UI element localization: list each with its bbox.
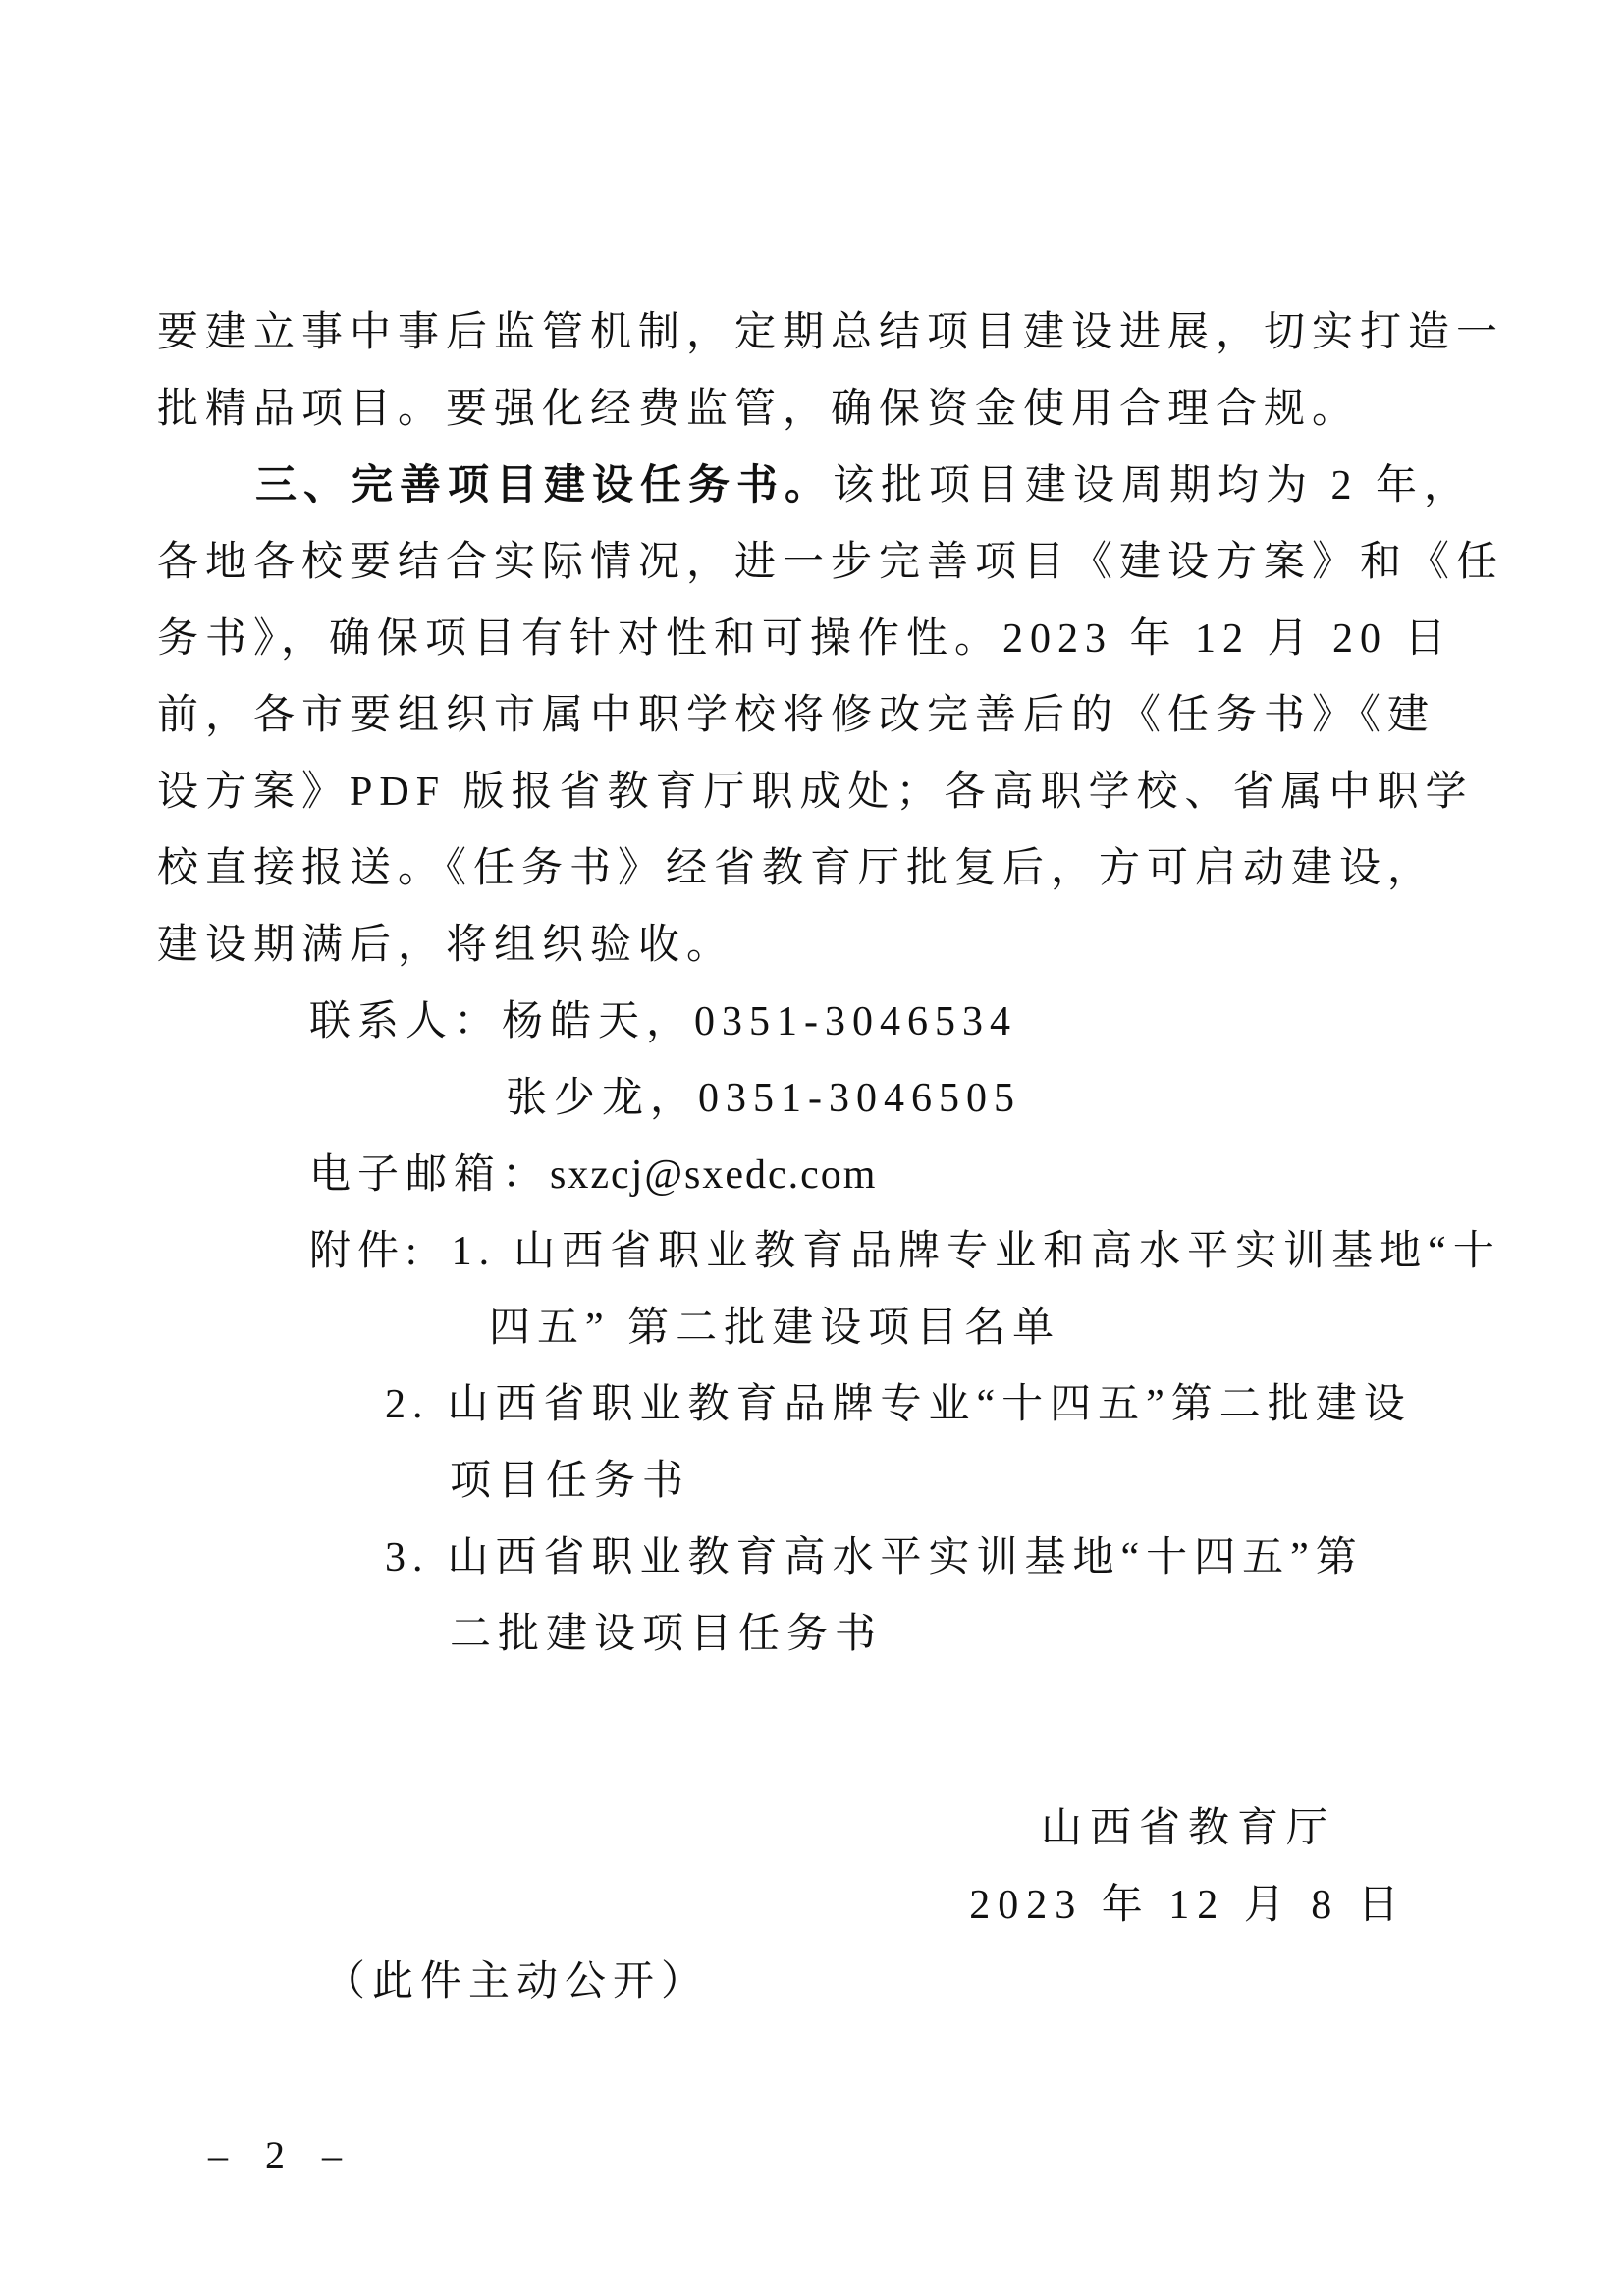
attachment-item-2-line-1: 2.山西省职业教育品牌专业“十四五”第二批建设 — [157, 1366, 1492, 1443]
section3-line-6: 校直接报送。《任务书》经省教育厅批复后，方可启动建设， — [157, 830, 1492, 907]
attachment-item-3-line-2: 二批建设项目任务书 — [157, 1596, 1492, 1673]
section3-heading: 三、完善项目建设任务书。 — [255, 463, 833, 508]
email-line: 电子邮箱：sxzcj@sxedc.com — [157, 1137, 1492, 1213]
document-page: 要建立事中事后监管机制，定期总结项目建设进展，切实打造一 批精品项目。要强化经费… — [0, 0, 1624, 2296]
signature-date: 2023 年 12 月 8 日 — [913, 1867, 1463, 1944]
attachment-item-1-line-2: 四五” 第二批建设项目名单 — [157, 1290, 1492, 1366]
email-address: sxzcj@sxedc.com — [550, 1152, 877, 1198]
section3-line-3: 务书》，确保项目有针对性和可操作性。2023 年 12 月 20 日 — [157, 601, 1492, 677]
attachment-item-2-line-2: 项目任务书 — [157, 1443, 1492, 1520]
section3-line-2: 各地各校要结合实际情况，进一步完善项目《建设方案》和《任 — [157, 524, 1492, 601]
disclosure-note: （此件主动公开） — [157, 1944, 1492, 2020]
section3-line-7: 建设期满后，将组织验收。 — [157, 907, 1492, 984]
section3-first-line: 三、完善项目建设任务书。该批项目建设周期均为 2 年， — [157, 448, 1492, 524]
section3-line-4: 前，各市要组织市属中职学校将修改完善后的《任务书》《建 — [157, 677, 1492, 754]
contact-person-1: 杨皓天，0351-3046534 — [502, 999, 1017, 1044]
email-label: 电子邮箱： — [309, 1152, 550, 1198]
paragraph-continuation-line-1: 要建立事中事后监管机制，定期总结项目建设进展，切实打造一 — [157, 294, 1492, 371]
contact-line-2: 张少龙，0351-3046505 — [157, 1060, 1492, 1137]
attachment-1-text: 山西省职业教育品牌专业和高水平实训基地“十 — [514, 1229, 1501, 1274]
attachment-3-text: 山西省职业教育高水平实训基地“十四五”第 — [448, 1535, 1364, 1580]
document-body: 要建立事中事后监管机制，定期总结项目建设进展，切实打造一 批精品项目。要强化经费… — [157, 294, 1492, 2020]
attachment-2-text: 山西省职业教育品牌专业“十四五”第二批建设 — [448, 1382, 1412, 1427]
section3-line-5: 设方案》PDF 版报省教育厅职成处；各高职学校、省属中职学 — [157, 754, 1492, 830]
page-number: – 2 – — [208, 2132, 355, 2179]
signature-block: 山西省教育厅 2023 年 12 月 8 日 — [913, 1790, 1463, 1944]
attachments-label: 附件: — [309, 1229, 452, 1274]
attachment-item-1-line-1: 附件:1.山西省职业教育品牌专业和高水平实训基地“十 — [157, 1213, 1492, 1290]
contact-label: 联系人： — [309, 999, 502, 1044]
section3-heading-rest: 该批项目建设周期均为 2 年， — [833, 463, 1472, 508]
attachment-1-number: 1. — [452, 1229, 514, 1274]
attachment-3-number: 3. — [385, 1535, 448, 1580]
attachment-item-3-line-1: 3.山西省职业教育高水平实训基地“十四五”第 — [157, 1520, 1492, 1596]
signature-organization: 山西省教育厅 — [913, 1790, 1463, 1867]
contact-line-1: 联系人：杨皓天，0351-3046534 — [157, 984, 1492, 1060]
attachment-2-number: 2. — [385, 1382, 448, 1427]
paragraph-continuation-line-2: 批精品项目。要强化经费监管，确保资金使用合理合规。 — [157, 371, 1492, 448]
